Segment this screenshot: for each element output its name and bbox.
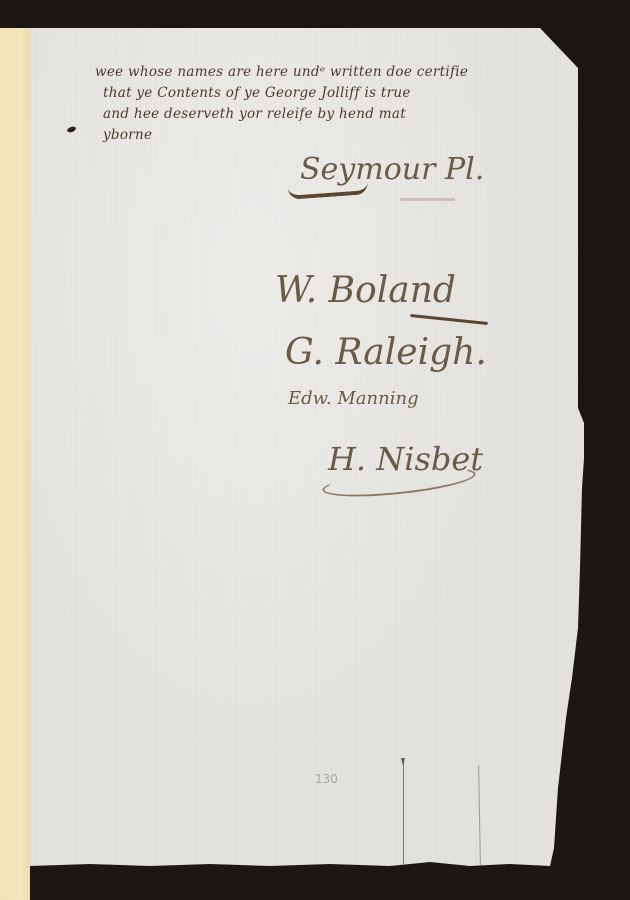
signature-underline xyxy=(400,198,455,201)
body-line-3: and hee deserveth yor releife by hend ma… xyxy=(95,104,575,125)
manuscript-body-text: wee whose names are here undᵉ written do… xyxy=(95,62,575,146)
cream-backing-strip xyxy=(0,28,30,900)
signature-manning: Edw. Manning xyxy=(288,388,419,409)
body-line-2: that ye Contents of ye George Jolliff is… xyxy=(95,83,575,104)
folio-number: 130 xyxy=(315,772,338,786)
paper-crease xyxy=(403,758,404,866)
signature-seymour: Seymour Pl. xyxy=(300,152,484,187)
signature-boland: W. Boland xyxy=(275,270,456,311)
body-line-4: yborne xyxy=(95,125,575,146)
signature-raleigh: G. Raleigh. xyxy=(285,332,487,373)
body-line-1: wee whose names are here undᵉ written do… xyxy=(95,62,575,83)
